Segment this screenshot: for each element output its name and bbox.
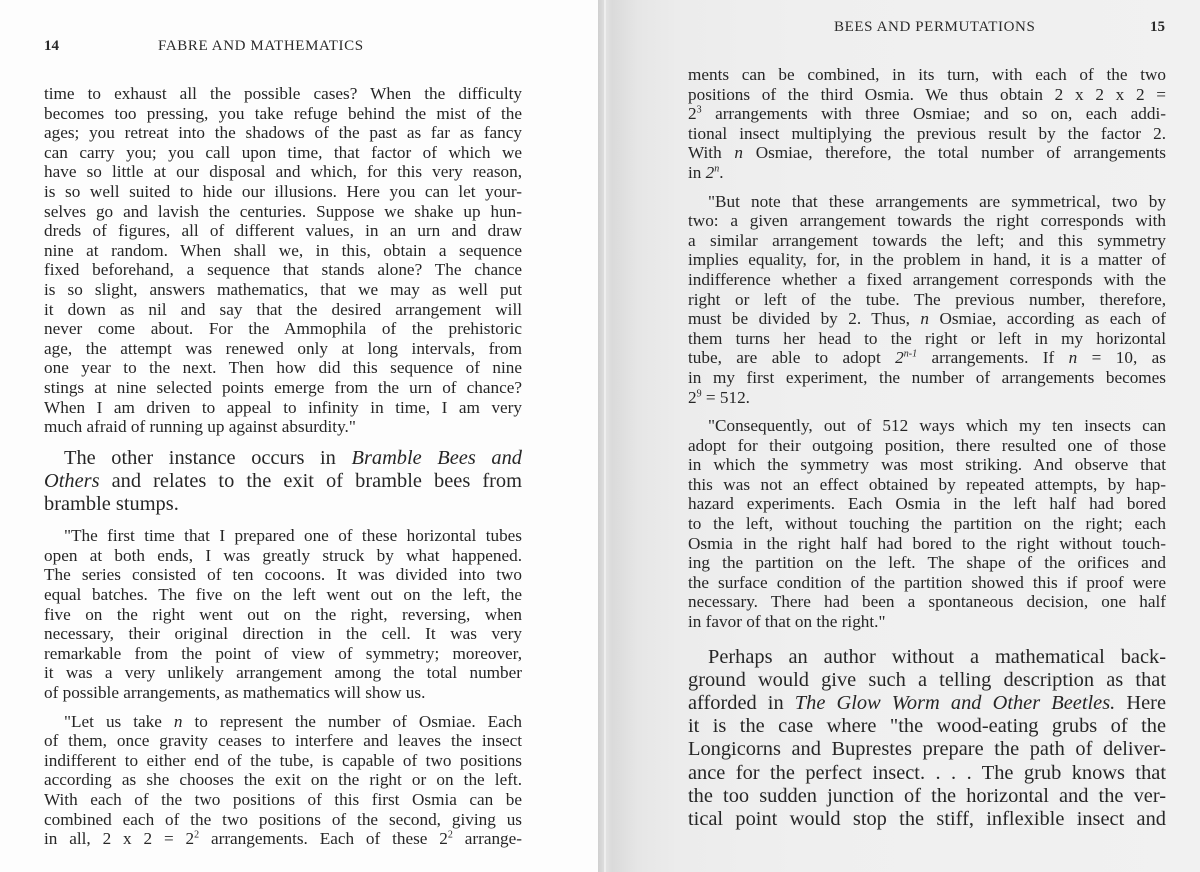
text-span: to represent the number of Osmiae. Each [183,712,523,731]
text-line: two: a given arrangement towards the rig… [688,211,1166,231]
text-line: With n Osmiae, therefore, the total numb… [688,143,1166,163]
text-line: is so slight, answers mathematics, that … [44,280,522,300]
text-line: ments can be combined, in its turn, with… [688,65,1166,85]
text-line: it down as nil and say that the desired … [44,300,522,320]
text-line: adopt for their outgoing position, there… [688,436,1166,456]
text-line: a similar arrangement towards the left; … [688,231,1166,251]
text-line: The other instance occurs in Bramble Bee… [44,447,522,470]
text-span: With [688,143,734,162]
text-line: Others and relates to the exit of brambl… [44,470,522,493]
text-span: 2 [688,388,697,407]
text-line: stings at nine selected points emerge fr… [44,378,522,398]
text-span: tube, are able to adopt [688,348,895,367]
text-line: in 2n. [688,163,1166,183]
paragraph-p2: The other instance occurs in Bramble Bee… [44,447,522,517]
text-line: 23 arrangements with three Osmiae; and s… [688,104,1166,124]
text-span: arrangements with three Osmiae; and so o… [702,104,1166,123]
base: 2 [895,348,904,367]
text-line: necessary. There had been a spontaneous … [688,592,1166,612]
text-line: them turns her head to the right or left… [688,329,1166,349]
paragraph-p7: "Consequently, out of 512 ways which my … [688,416,1166,632]
math-2-power-n-minus-1: 2n-1 [895,348,917,367]
right-body: ments can be combined, in its turn, with… [688,65,1166,841]
right-page: BEES AND PERMUTATIONS 15 ments can be co… [598,0,1200,872]
text-line: indifferent to either end of the tube, i… [44,751,522,771]
text-line: Perhaps an author without a mathematical… [688,646,1166,669]
text-line: indifference whether a fixed arrangement… [688,270,1166,290]
left-body: time to exhaust all the possible cases? … [44,84,522,849]
text-line: dreds of figures, all of different value… [44,221,522,241]
text-line: "Consequently, out of 512 ways which my … [688,416,1166,436]
text-line: hazard experiments. Each Osmia in the le… [688,494,1166,514]
text-line: have so little at our disposal and which… [44,162,522,182]
text-span: = 512. [702,388,750,407]
paragraph-p1: time to exhaust all the possible cases? … [44,84,522,437]
text-span: arrangements. Each of these 2 [199,829,448,848]
book-title-italic: The Glow Worm and Other Beetles. [795,692,1115,714]
text-line: afforded in The Glow Worm and Other Beet… [688,692,1166,715]
text-span: arrangements. If [917,348,1069,367]
variable-n: n [920,309,929,328]
text-span: in all, 2 x 2 = 2 [44,829,194,848]
text-line: ground would give such a telling descrip… [688,669,1166,692]
paragraph-p3: "The first time that I prepared one of t… [44,526,522,702]
text-line: the surface condition of the partition s… [688,573,1166,593]
text-line: is so well suited to hide our illusions.… [44,182,522,202]
text-line: Longicorns and Buprestes prepare the pat… [688,738,1166,761]
text-line: "But note that these arrangements are sy… [688,192,1166,212]
text-line: When I am driven to appeal to infinity i… [44,398,522,418]
text-line: in all, 2 x 2 = 22 arrangements. Each of… [44,829,522,849]
text-line: fixed beforehand, a sequence that stands… [44,260,522,280]
text-line: in favor of that on the right." [688,612,1166,632]
text-line: remarkable from the point of view of sym… [44,644,522,664]
text-span: The other instance occurs in [64,447,351,469]
text-span: . [719,163,723,182]
running-head-right: BEES AND PERMUTATIONS [834,19,1035,36]
text-line: the too sudden junction of the horizonta… [688,785,1166,808]
text-line: it was a very unlikely arrangement among… [44,663,522,683]
text-span: arrange- [453,829,522,848]
text-span: "Let us take [64,712,174,731]
math-2-power-n: 2n [706,163,720,182]
text-line: much afraid of running up against absurd… [44,417,522,437]
text-line: combined each of the two positions of th… [44,810,522,830]
text-line: to the left, without touching the partit… [688,514,1166,534]
book-title-italic: Others [44,470,100,492]
text-span: = 10, as [1077,348,1166,367]
variable-n: n [1069,348,1078,367]
variable-n: n [734,143,743,162]
text-span: must be divided by 2. Thus, [688,309,920,328]
text-line: in my first experiment, the number of ar… [688,368,1166,388]
page-number-left: 14 [44,38,59,55]
text-line: open at both ends, I was greatly struck … [44,546,522,566]
variable-n: n [174,712,183,731]
text-line: tube, are able to adopt 2n-1 arrangement… [688,348,1166,368]
text-line: bramble stumps. [44,493,522,516]
text-line: one year to the next. Then how did this … [44,358,522,378]
text-span: Osmiae, according as each of [929,309,1166,328]
text-line: right or left of the tube. The previous … [688,290,1166,310]
text-line: necessary, their original direction in t… [44,624,522,644]
text-line: tical point would stop the stiff, inflex… [688,808,1166,831]
text-line: nine at random. When shall we, in this, … [44,241,522,261]
text-span: Osmiae, therefore, the total number of a… [743,143,1166,162]
text-line: ages; you retreat into the shadows of th… [44,123,522,143]
text-span: afforded in [688,692,795,714]
page-number-right: 15 [1150,19,1165,36]
text-line: tional insect multiplying the previous r… [688,124,1166,144]
left-page: 14 FABRE AND MATHEMATICS time to exhaust… [0,0,598,872]
text-span: in [688,163,706,182]
text-line: "Let us take n to represent the number o… [44,712,522,732]
paragraph-p6: "But note that these arrangements are sy… [688,192,1166,408]
text-line: selves go and lavish the centuries. Supp… [44,202,522,222]
text-line: this was not an effect obtained by repea… [688,475,1166,495]
text-span: Here [1115,692,1166,714]
text-line: "The first time that I prepared one of t… [44,526,522,546]
text-line: implies equality, for, in the problem in… [688,250,1166,270]
paragraph-p4: "Let us take n to represent the number o… [44,712,522,849]
paragraph-p5: ments can be combined, in its turn, with… [688,65,1166,183]
text-line: 29 = 512. [688,388,1166,408]
text-line: it is the case where "the wood-eating gr… [688,715,1166,738]
text-line: must be divided by 2. Thus, n Osmiae, ac… [688,309,1166,329]
text-line: according as she chooses the exit on the… [44,770,522,790]
text-line: of possible arrangements, as mathematics… [44,683,522,703]
text-line: time to exhaust all the possible cases? … [44,84,522,104]
text-line: With each of the two positions of this f… [44,790,522,810]
running-head-left: FABRE AND MATHEMATICS [158,38,364,55]
text-line: ing the partition on the left. The shape… [688,553,1166,573]
text-span: 2 [688,104,697,123]
text-line: becomes too pressing, you take refuge be… [44,104,522,124]
text-span: and relates to the exit of bramble bees … [100,470,522,492]
text-line: in which the symmetry was most striking.… [688,455,1166,475]
text-line: never come about. For the Ammophila of t… [44,319,522,339]
text-line: five on the right went out on the right,… [44,605,522,625]
paragraph-p8: Perhaps an author without a mathematical… [688,646,1166,832]
text-line: positions of the third Osmia. We thus ob… [688,85,1166,105]
book-title-italic: Bramble Bees and [351,447,522,469]
book-gutter [604,0,606,872]
text-line: age, the attempt was renewed only at lon… [44,339,522,359]
text-line: equal batches. The five on the left went… [44,585,522,605]
exponent: n-1 [904,349,917,360]
text-line: of them, once gravity ceases to interfer… [44,731,522,751]
text-line: can carry you; you call upon time, that … [44,143,522,163]
text-line: Osmia in the right half had bored to the… [688,534,1166,554]
text-line: The series consisted of ten cocoons. It … [44,565,522,585]
base: 2 [706,163,715,182]
text-line: ance for the perfect insect. . . . The g… [688,762,1166,785]
